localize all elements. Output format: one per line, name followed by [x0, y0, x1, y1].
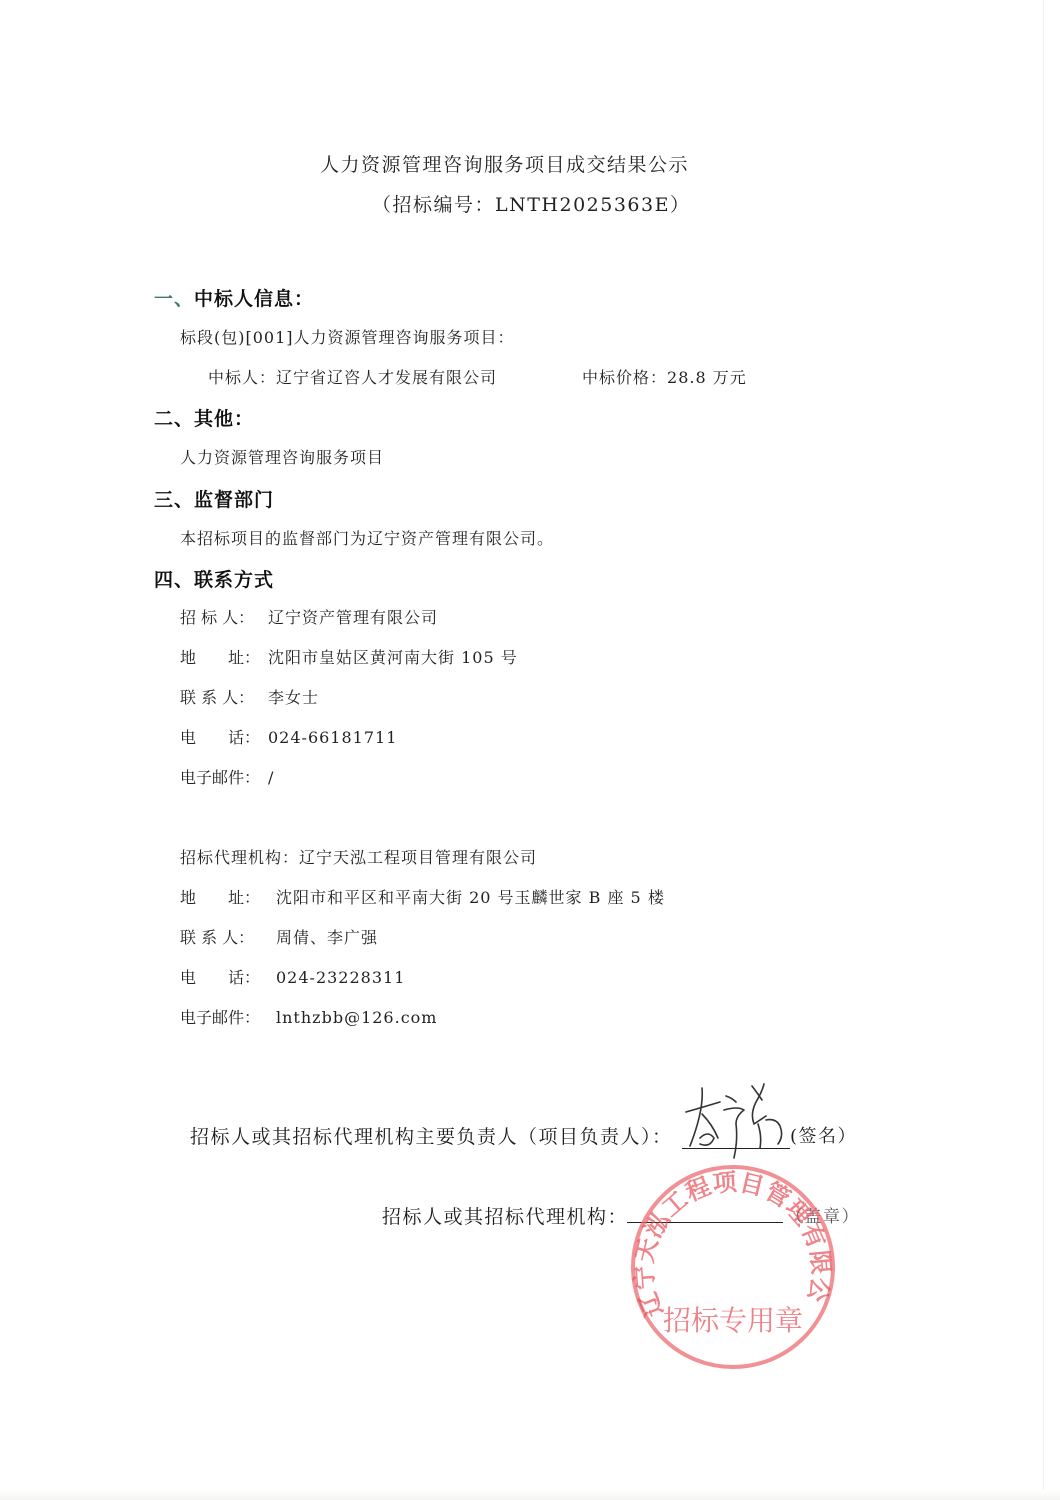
seal-ring-text: 辽宁天泓工程项目管理有限公司 [628, 1162, 835, 1321]
field-label: 电子邮件： [180, 1005, 276, 1028]
section-heading-other: 二、其他： [154, 404, 254, 431]
tenderer-phone-row: 电 话：024-66181711 [180, 725, 397, 748]
field-label: 地 址： [180, 885, 276, 908]
section-heading-text: 中标人信息： [194, 288, 314, 310]
agency-phone-row: 电 话：024-23228311 [180, 965, 405, 988]
svg-text:辽宁天泓工程项目管理有限公司: 辽宁天泓工程项目管理有限公司 [628, 1162, 835, 1321]
field-value: 沈阳市和平区和平南大街 20 号玉麟世家 B 座 5 楼 [276, 888, 665, 907]
field-value: 024-23228311 [276, 968, 405, 987]
agency-name-row: 招标代理机构：辽宁天泓工程项目管理有限公司 [180, 845, 537, 868]
winner-label: 中标人： [208, 368, 276, 387]
tenderer-address-row: 地 址：沈阳市皇姑区黄河南大街 105 号 [180, 645, 518, 668]
field-value: 辽宁资产管理有限公司 [268, 608, 438, 627]
field-value: / [268, 768, 274, 787]
field-label: 招标代理机构： [180, 848, 299, 867]
price-value: 28.8 万元 [667, 368, 747, 387]
field-label: 电子邮件： [180, 765, 268, 788]
field-value: lnthzbb@126.com [276, 1008, 437, 1027]
handwritten-signature-icon [680, 1080, 792, 1160]
field-value: 辽宁天泓工程项目管理有限公司 [299, 848, 537, 867]
field-value: 沈阳市皇姑区黄河南大街 105 号 [268, 648, 518, 667]
other-body: 人力资源管理咨询服务项目 [180, 445, 384, 468]
field-value: 024-66181711 [268, 728, 397, 747]
agency-seal-label: 招标人或其招标代理机构： [382, 1202, 628, 1229]
tenderer-contact-row: 联 系 人：李女士 [180, 685, 319, 708]
responsible-signature-label: 招标人或其招标代理机构主要负责人（项目负责人）： [190, 1122, 673, 1149]
price-row: 中标价格：28.8 万元 [582, 365, 747, 388]
section-heading-winner: 一、中标人信息： [154, 284, 314, 311]
agency-contact-row: 联 系 人：周倩、李广强 [180, 925, 378, 948]
document-title: 人力资源管理咨询服务项目成交结果公示 [320, 150, 689, 177]
section-heading-contact: 四、联系方式 [154, 565, 274, 592]
supervision-body: 本招标项目的监督部门为辽宁资产管理有限公司。 [180, 526, 554, 549]
tenderer-name-row: 招 标 人：辽宁资产管理有限公司 [180, 605, 438, 628]
field-value: 周倩、李广强 [276, 928, 378, 947]
field-label: 电 话： [180, 725, 268, 748]
winner-value: 辽宁省辽咨人才发展有限公司 [276, 368, 497, 387]
field-label: 联 系 人： [180, 925, 276, 948]
field-label: 联 系 人： [180, 685, 268, 708]
section-number: 一、 [154, 288, 194, 310]
scan-edge-bottom [0, 1490, 1060, 1500]
agency-email-row: 电子邮件：lnthzbb@126.com [180, 1005, 437, 1028]
price-label: 中标价格： [582, 368, 667, 387]
field-label: 电 话： [180, 965, 276, 988]
agency-address-row: 地 址：沈阳市和平区和平南大街 20 号玉麟世家 B 座 5 楼 [180, 885, 665, 908]
field-label: 招 标 人： [180, 605, 268, 628]
seal-center-text: 招标专用章 [663, 1304, 803, 1337]
official-seal-icon: 辽宁天泓工程项目管理有限公司 招标专用章 [628, 1162, 838, 1372]
tenderer-email-row: 电子邮件：/ [180, 765, 274, 788]
signature-suffix: (签名） [790, 1122, 857, 1148]
section-heading-supervision: 三、监督部门 [154, 485, 274, 512]
lot-line: 标段(包)[001]人力资源管理咨询服务项目： [180, 325, 515, 348]
field-label: 地 址： [180, 645, 268, 668]
winner-row: 中标人：辽宁省辽咨人才发展有限公司 [208, 365, 497, 388]
field-value: 李女士 [268, 688, 319, 707]
document-subtitle: （招标编号：LNTH2025363E） [372, 190, 690, 217]
scan-edge-right [1043, 0, 1044, 1500]
